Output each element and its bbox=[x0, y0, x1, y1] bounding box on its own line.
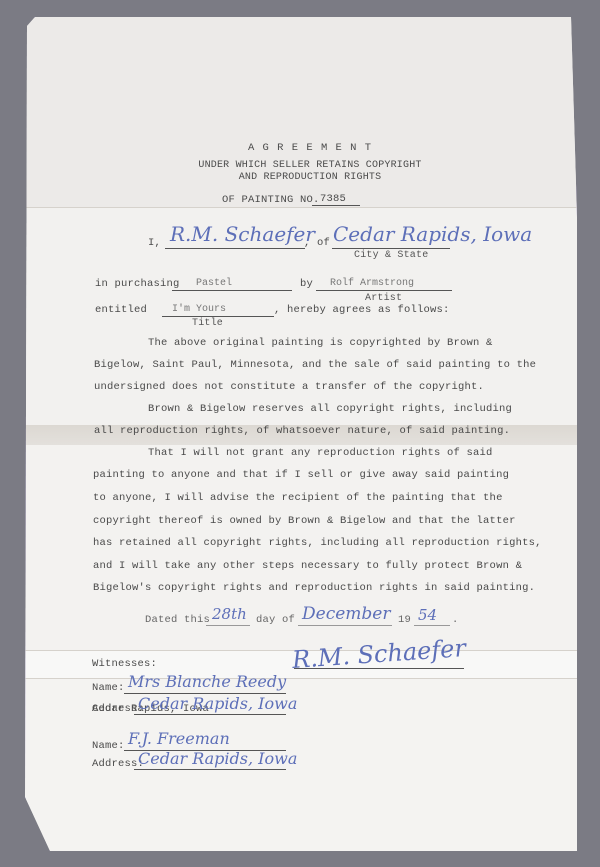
paragraph-3-line-3: to anyone, I will advise the recipient o… bbox=[93, 492, 503, 504]
year-handwritten: 54 bbox=[418, 606, 437, 624]
witnesses-label: Witnesses: bbox=[92, 658, 157, 670]
agreement-title: A G R E E M E N T bbox=[180, 142, 440, 154]
agreement-subtitle-line2: AND REPRODUCTION RIGHTS bbox=[180, 172, 440, 183]
fold-line bbox=[25, 678, 577, 679]
buyer-name-handwritten: R.M. Schaefer bbox=[170, 222, 315, 246]
day-handwritten: 28th bbox=[212, 605, 247, 623]
medium-value: Pastel bbox=[196, 278, 232, 289]
paragraph-3-line-2: painting to anyone and that if I sell or… bbox=[93, 469, 509, 481]
paragraph-3-line-5: has retained all copyright rights, inclu… bbox=[93, 537, 542, 549]
artist-value: Rolf Armstrong bbox=[330, 278, 414, 289]
agreement-subtitle-line1: UNDER WHICH SELLER RETAINS COPYRIGHT bbox=[180, 160, 440, 171]
of-label: , of bbox=[304, 237, 330, 249]
witness-2-address-handwritten: Cedar Rapids, Iowa bbox=[138, 749, 297, 768]
witness-2-name-handwritten: F.J. Freeman bbox=[128, 729, 230, 748]
day-of-label: day of bbox=[256, 614, 295, 626]
painting-number-underline bbox=[312, 205, 360, 206]
month-line bbox=[298, 625, 392, 626]
entitled-label: entitled bbox=[95, 304, 147, 316]
witness-2-address-line bbox=[134, 769, 286, 770]
painting-number-label: OF PAINTING NO. bbox=[222, 194, 320, 206]
paragraph-2-line-2: all reproduction rights, of whatsoever n… bbox=[94, 425, 510, 437]
title-caption: Title bbox=[192, 318, 223, 329]
witness-2-name-label: Name: bbox=[92, 740, 125, 752]
city-state-handwritten: Cedar Rapids, Iowa bbox=[333, 222, 532, 246]
paragraph-3-line-7: Bigelow's copyright rights and reproduct… bbox=[93, 582, 535, 594]
artist-caption: Artist bbox=[365, 293, 402, 304]
paragraph-1-line-2: Bigelow, Saint Paul, Minnesota, and the … bbox=[94, 359, 536, 371]
dated-label: Dated this bbox=[145, 614, 210, 626]
by-label: by bbox=[300, 278, 313, 290]
title-value: I'm Yours bbox=[172, 304, 226, 315]
i-label: I, bbox=[148, 237, 161, 249]
city-state-caption: City & State bbox=[354, 250, 428, 261]
fold-line bbox=[25, 207, 577, 208]
paragraph-2-line-1: Brown & Bigelow reserves all copyright r… bbox=[148, 403, 512, 415]
paragraph-1-line-1: The above original painting is copyright… bbox=[148, 337, 493, 349]
title-line bbox=[162, 316, 274, 317]
signature-line bbox=[294, 668, 464, 669]
agrees-label: , hereby agrees as follows: bbox=[274, 304, 450, 316]
paragraph-1-line-3: undersigned does not constitute a transf… bbox=[94, 381, 484, 393]
year-line bbox=[414, 625, 450, 626]
witness-1-address-line bbox=[134, 714, 286, 715]
witness-1-name-handwritten: Mrs Blanche Reedy bbox=[128, 672, 286, 691]
city-state-line bbox=[332, 248, 450, 249]
dated-end-punct: . bbox=[452, 614, 459, 626]
month-handwritten: December bbox=[302, 604, 390, 624]
paragraph-3-line-6: and I will take any other steps necessar… bbox=[93, 560, 522, 572]
medium-line bbox=[172, 290, 292, 291]
paragraph-3-line-4: copyright thereof is owned by Brown & Bi… bbox=[93, 515, 516, 527]
purchasing-label: in purchasing bbox=[95, 278, 180, 290]
buyer-name-line bbox=[165, 248, 305, 249]
artist-line bbox=[316, 290, 452, 291]
painting-number-value: 7385 bbox=[320, 193, 346, 205]
paragraph-3-line-1: That I will not grant any reproduction r… bbox=[148, 447, 493, 459]
year-prefix: 19 bbox=[398, 614, 411, 626]
witness-1-address-handwritten: Cedar Rapids, Iowa bbox=[138, 694, 297, 713]
witness-1-name-label: Name: bbox=[92, 682, 125, 694]
day-line bbox=[206, 625, 250, 626]
